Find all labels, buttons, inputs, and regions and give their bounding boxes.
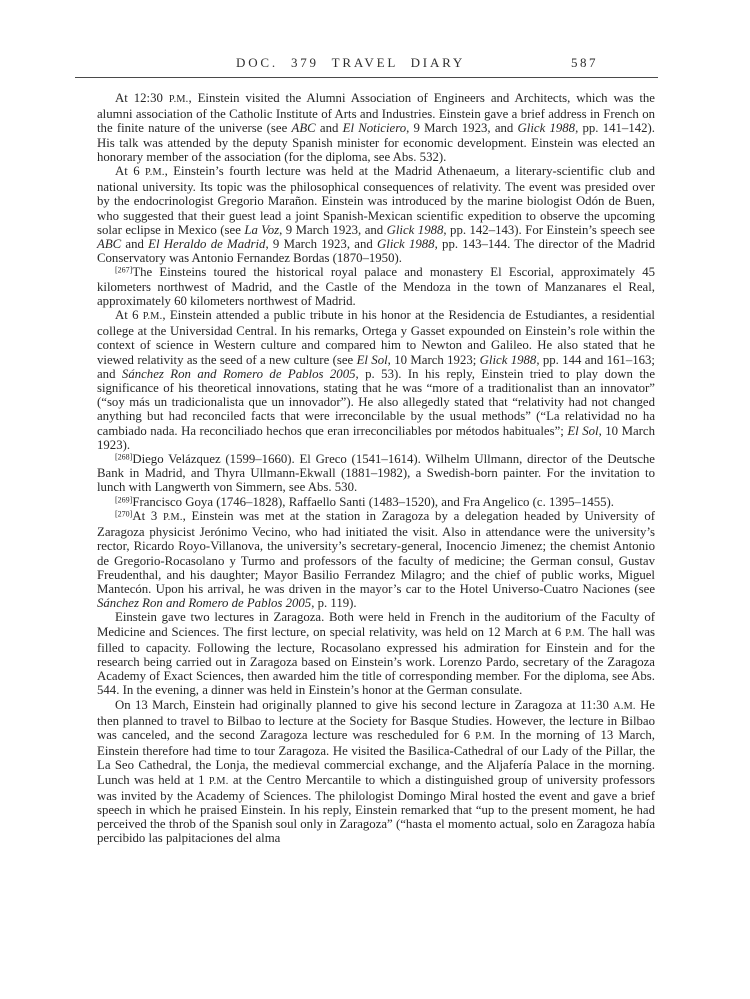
text-run: P.M.	[475, 731, 495, 742]
text-run: P.M.	[169, 94, 189, 105]
cited-work: ABC	[292, 121, 316, 135]
paragraph: [269]Francisco Goya (1746–1828), Raffael…	[97, 495, 655, 509]
text-run: P.M.	[145, 167, 165, 178]
paragraph: [268]Diego Velázquez (1599–1660). El Gre…	[97, 452, 655, 495]
cited-work: Sánchez Ron and Romero de Pablos 2005	[97, 596, 311, 610]
paragraph: [270]At 3 P.M., Einstein was met at the …	[97, 509, 655, 610]
text-run: , 9 March 1923, and	[406, 121, 517, 135]
text-run: and	[316, 121, 343, 135]
page-text: At 12:30 P.M., Einstein visited the Alum…	[97, 91, 655, 846]
cited-work: El Sol	[567, 424, 598, 438]
cited-work: Glick 1988	[387, 223, 444, 237]
text-run: The Einsteins toured the historical roya…	[97, 265, 655, 307]
text-run: , 10 March 1923;	[388, 353, 480, 367]
paragraph: At 6 P.M., Einstein attended a public tr…	[97, 308, 655, 452]
text-run: , pp. 142–143). For Einstein’s speech se…	[443, 223, 655, 237]
cited-work: ABC	[97, 237, 121, 251]
cited-work: Glick 1988	[480, 353, 537, 367]
footnote-marker: [268]	[115, 452, 132, 461]
book-page: DOC. 379 TRAVEL DIARY 587 At 12:30 P.M.,…	[0, 0, 750, 999]
text-run: On 13 March, Einstein had originally pla…	[115, 698, 613, 712]
paragraph: At 12:30 P.M., Einstein visited the Alum…	[97, 91, 655, 164]
text-run: P.M.	[209, 776, 229, 787]
cited-work: Glick 1988	[518, 121, 576, 135]
cited-work: Glick 1988	[377, 237, 435, 251]
text-run: A.M.	[613, 701, 635, 712]
paragraph: Einstein gave two lectures in Zaragoza. …	[97, 610, 655, 697]
cited-work: El Sol	[357, 353, 388, 367]
text-run: At 12:30	[115, 91, 169, 105]
text-run: , 9 March 1923, and	[265, 237, 377, 251]
paragraph: At 6 P.M., Einstein’s fourth lecture was…	[97, 164, 655, 265]
text-run: P.M.	[565, 628, 585, 639]
text-run: Diego Velázquez (1599–1660). El Greco (1…	[97, 452, 655, 494]
footnote-marker: [267]	[115, 266, 132, 275]
paragraph: [267]The Einsteins toured the historical…	[97, 265, 655, 308]
text-run: At 6	[115, 308, 143, 322]
text-run: , 9 March 1923, and	[279, 223, 387, 237]
cited-work: El Heraldo de Madrid	[148, 237, 265, 251]
cited-work: La Voz	[244, 223, 279, 237]
text-run: Francisco Goya (1746–1828), Raffaello Sa…	[132, 495, 614, 509]
header-rule	[75, 77, 658, 78]
footnote-marker: [270]	[115, 509, 132, 518]
paragraph: On 13 March, Einstein had originally pla…	[97, 698, 655, 846]
text-run: P.M.	[163, 512, 183, 523]
text-run: P.M.	[143, 311, 163, 322]
text-run: and	[121, 237, 148, 251]
page-number: 587	[571, 55, 598, 71]
text-run: , p. 119).	[311, 596, 356, 610]
cited-work: El Noticiero	[343, 121, 406, 135]
text-run: At 6	[115, 164, 145, 178]
footnote-marker: [269]	[115, 495, 132, 504]
running-head-title: DOC. 379 TRAVEL DIARY	[236, 55, 465, 71]
text-run: At 3	[132, 509, 163, 523]
cited-work: Sánchez Ron and Romero de Pablos 2005	[122, 367, 356, 381]
